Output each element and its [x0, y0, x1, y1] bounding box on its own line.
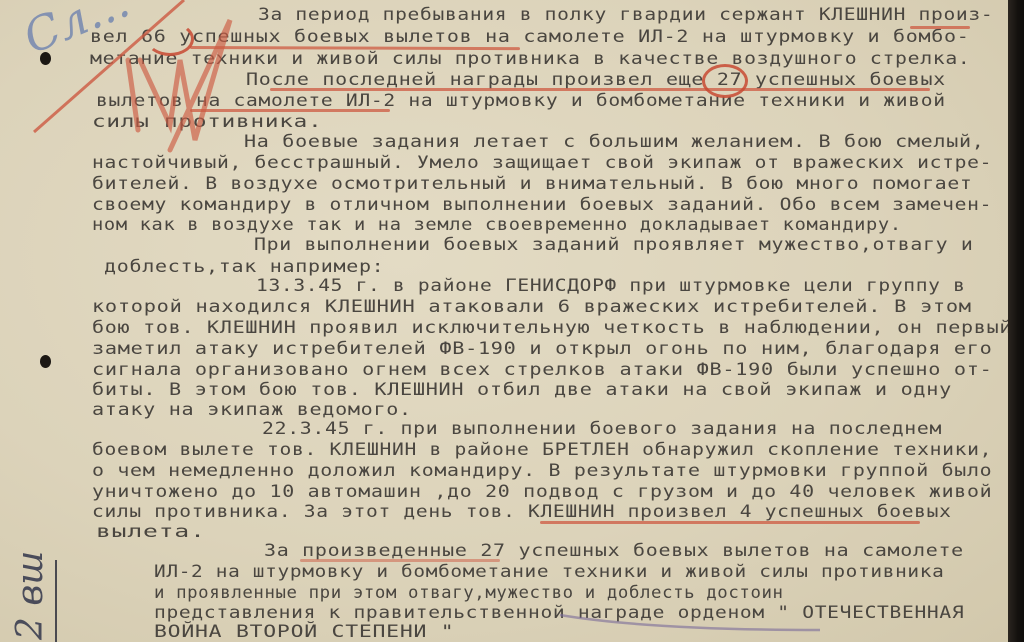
text-line-26: вылета. [96, 522, 206, 542]
red-underline-3 [270, 88, 930, 91]
red-underline-6 [300, 559, 500, 562]
text-line-30: представления к правительственной наград… [154, 603, 964, 623]
red-circle-27 [702, 64, 748, 98]
text-line-11: ном как в воздухе так и на земле своевре… [92, 215, 902, 235]
text-line-10: своему командиру в отличном выполнении б… [92, 195, 992, 215]
text-line-4: После последней награды произвел еще 27 … [246, 70, 946, 90]
text-line-12: При выполнении боевых заданий проявляет … [254, 235, 974, 255]
text-line-28: ИЛ-2 на штурмовку и бомбометание техники… [154, 562, 944, 582]
text-line-6: силы противника. [92, 112, 322, 132]
scan-edge [1008, 0, 1024, 642]
text-line-24: уничтожено до 10 автомашин ,до 20 подвод… [92, 482, 992, 502]
margin-bar [55, 560, 57, 642]
text-line-23: о чем немедленно доложил командиру. В ре… [92, 461, 992, 481]
text-line-25: силы противника. За этот день тов. КЛЕШН… [92, 502, 952, 522]
text-line-22: боевом вылете тов. КЛЕШНИН в районе БРЕТ… [92, 440, 992, 460]
text-line-16: бою тов. КЛЕШНИН проявил исключительную … [92, 318, 1012, 338]
text-line-5: вылетов на самолете ИЛ-2 на штурмовку и … [96, 91, 946, 111]
red-underline-2 [910, 26, 970, 29]
red-underline-5 [540, 521, 920, 524]
text-line-31: ВОЙНА ВТОРОЙ СТЕПЕНИ " [154, 622, 454, 642]
text-line-3: метание техники и живой силы противника … [90, 49, 971, 69]
text-line-2: вел 66 успешных боевых вылетов на самоле… [90, 27, 970, 47]
punch-hole-middle [40, 355, 51, 368]
text-line-1: За период пребывания в полку гвардии сер… [258, 5, 993, 25]
text-line-7: На боевые задания летает с большим желан… [244, 132, 984, 152]
text-line-21: 22.3.45 г. при выполнении боевого задани… [262, 419, 942, 439]
red-circle-66 [146, 22, 194, 56]
text-line-13: доблесть,так например: [104, 257, 384, 277]
document-page: За период пребывания в полку гвардии сер… [0, 0, 1008, 642]
text-line-8: настойчивый, бесстрашный. Умело защищает… [92, 153, 992, 173]
text-line-18: сигнала организовано огнем всех стрелков… [92, 360, 993, 380]
text-line-17: заметил атаку истребителей ФВ-190 и откр… [92, 339, 993, 359]
text-line-9: бителей. В воздухе осмотрительный и вним… [92, 174, 973, 194]
text-line-15: которой находился КЛЕШНИН атаковали 6 вр… [92, 297, 972, 317]
red-underline-4 [190, 109, 390, 112]
text-line-14: 13.3.45 г. в районе ГЕНИСДОРФ при штурмо… [256, 276, 966, 296]
text-line-29: и проявленные при этом отвагу,мужество и… [154, 583, 784, 603]
text-line-19: биты. В этом бою тов. КЛЕШНИН отбил две … [92, 380, 952, 400]
text-line-27: За произведенные 27 успешных боевых выле… [264, 541, 964, 561]
margin-number: 2 вш [10, 551, 51, 640]
text-line-20: атаку на экипаж ведомого. [92, 400, 412, 420]
